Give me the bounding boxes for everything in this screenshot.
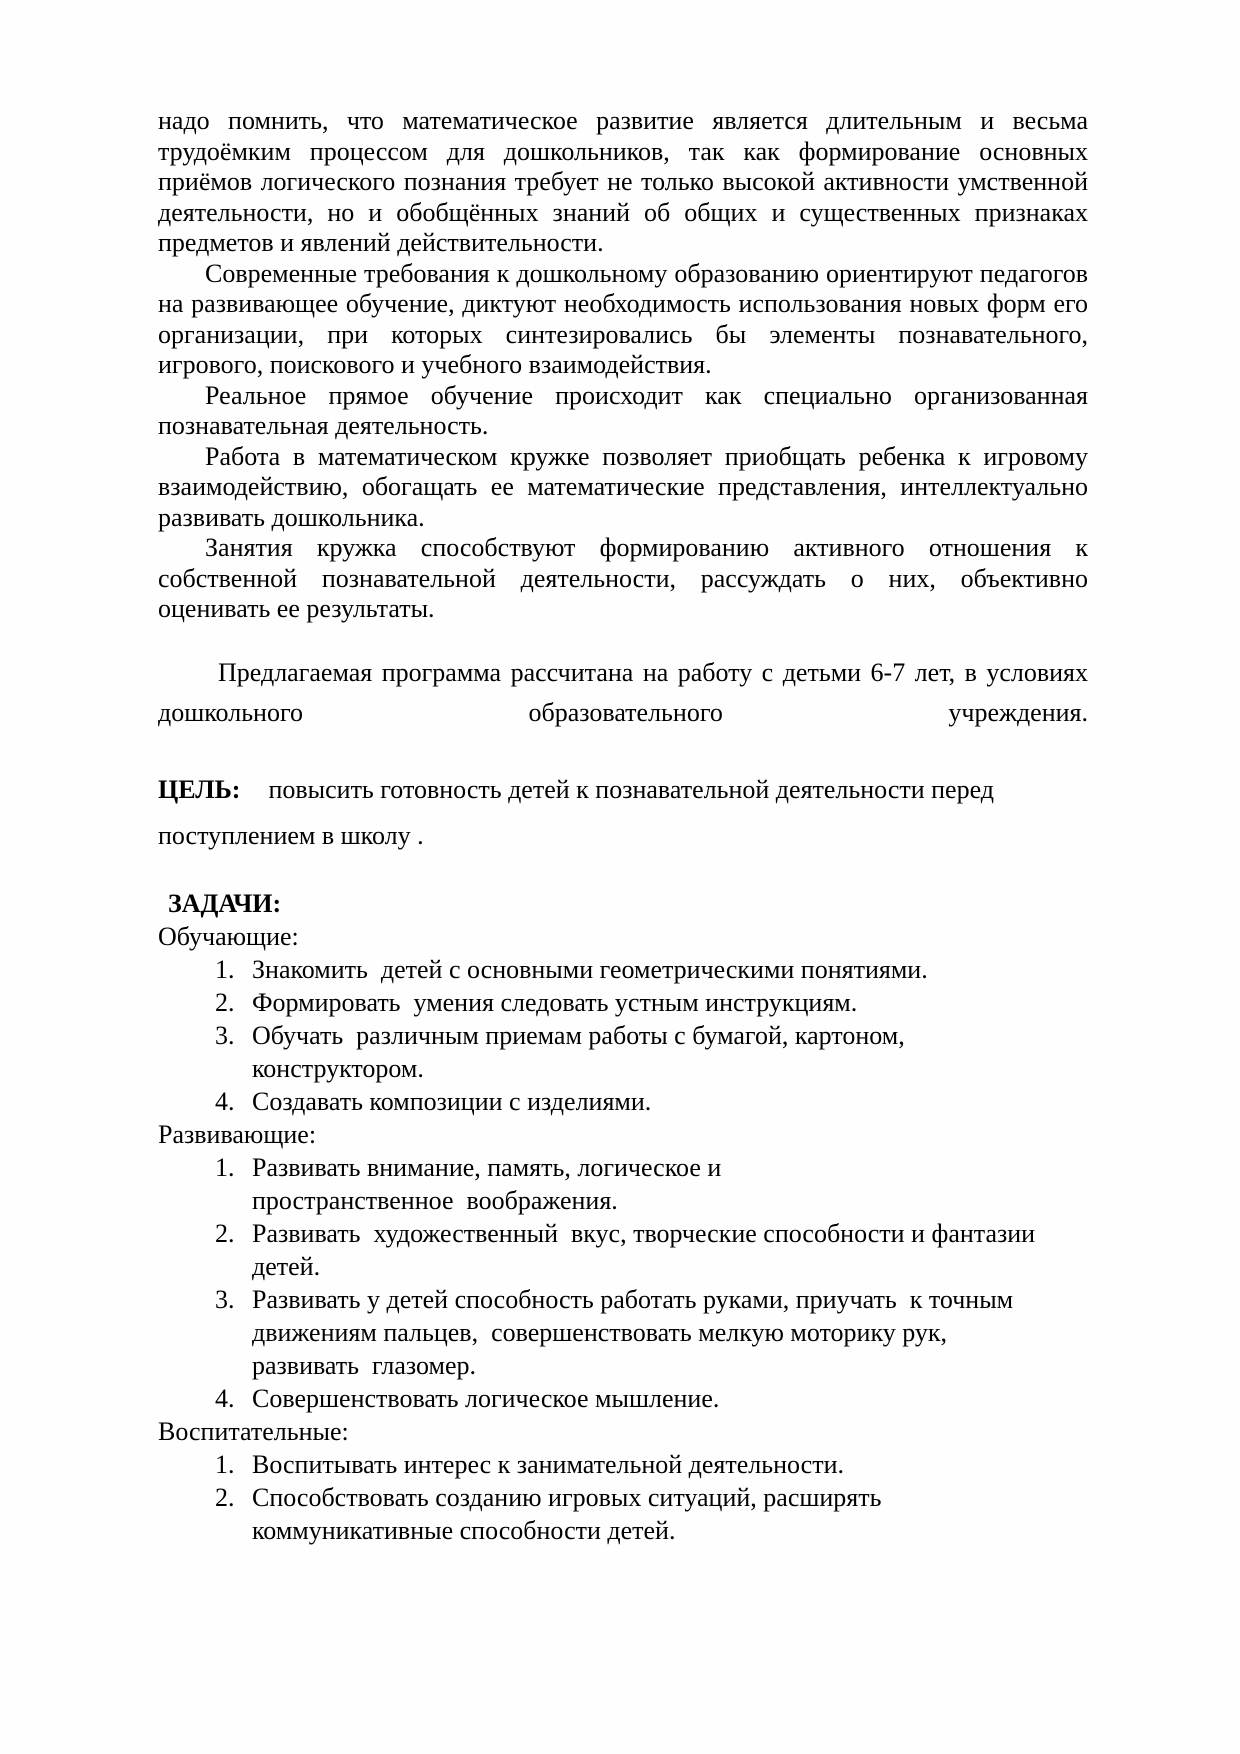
task-item: 1. Воспитывать интерес к занимательной д… [215,1448,1088,1481]
task-item-number: 1. [215,1151,252,1217]
task-item: 4. Создавать композиции с изделиями. [215,1085,1088,1118]
task-group-label-developing: Развивающие: [158,1118,1088,1151]
task-group-label-teaching: Обучающие: [158,920,1088,953]
task-item-text: Создавать композиции с изделиями. [252,1085,1088,1118]
proposal-paragraph: Предлагаемая программа рассчитана на раб… [158,653,1088,733]
task-item: 2. Развивать художественный вкус, творче… [215,1217,1088,1283]
task-item-number: 1. [215,1448,252,1481]
task-item: 3. Развивать у детей способность работат… [215,1283,1088,1382]
task-item-text: Развивать внимание, память, логическое и… [252,1151,1088,1217]
task-item: 2. Формировать умения следовать устным и… [215,986,1088,1019]
tasks-heading: ЗАДАЧИ: [158,887,1088,920]
task-item-text: Способствовать созданию игровых ситуаций… [252,1481,1088,1547]
task-item-number: 3. [215,1283,252,1382]
task-item: 1. Знакомить детей с основными геометрич… [215,953,1088,986]
task-item-number: 4. [215,1382,252,1415]
task-item-text: Воспитывать интерес к занимательной деят… [252,1448,1088,1481]
goal-label: ЦЕЛЬ: [158,775,240,804]
task-item-text: Развивать у детей способность работать р… [252,1283,1088,1382]
task-item: 3. Обучать различным приемам работы с бу… [215,1019,1088,1085]
task-item: 4. Совершенствовать логическое мышление. [215,1382,1088,1415]
task-item: 1. Развивать внимание, память, логическо… [215,1151,1088,1217]
body-paragraph: Реальное прямое обучение происходит как … [158,381,1088,442]
task-item-text: Развивать художественный вкус, творчески… [252,1217,1088,1283]
task-item: 2. Способствовать созданию игровых ситуа… [215,1481,1088,1547]
task-item-number: 2. [215,1217,252,1283]
task-item-text: Знакомить детей с основными геометрическ… [252,953,1088,986]
body-paragraph: Современные требования к дошкольному обр… [158,259,1088,381]
body-paragraph: Занятия кружка способствуют формированию… [158,533,1088,625]
body-paragraph: надо помнить, что математическое развити… [158,106,1088,259]
task-item-text: Обучать различным приемам работы с бумаг… [252,1019,1088,1085]
task-item-number: 2. [215,1481,252,1547]
document-page: надо помнить, что математическое развити… [0,0,1240,1754]
task-group-label-educational: Воспитательные: [158,1415,1088,1448]
tasks-section: ЗАДАЧИ: Обучающие: 1. Знакомить детей с … [158,887,1088,1547]
goal-text: повысить готовность детей к познавательн… [158,775,994,850]
task-item-text: Формировать умения следовать устным инст… [252,986,1088,1019]
body-paragraph: Работа в математическом кружке позволяет… [158,442,1088,534]
task-item-number: 2. [215,986,252,1019]
task-item-number: 4. [215,1085,252,1118]
task-item-number: 3. [215,1019,252,1085]
goal-paragraph: ЦЕЛЬ:повысить готовность детей к познава… [158,767,1088,859]
task-item-text: Совершенствовать логическое мышление. [252,1382,1088,1415]
task-item-number: 1. [215,953,252,986]
